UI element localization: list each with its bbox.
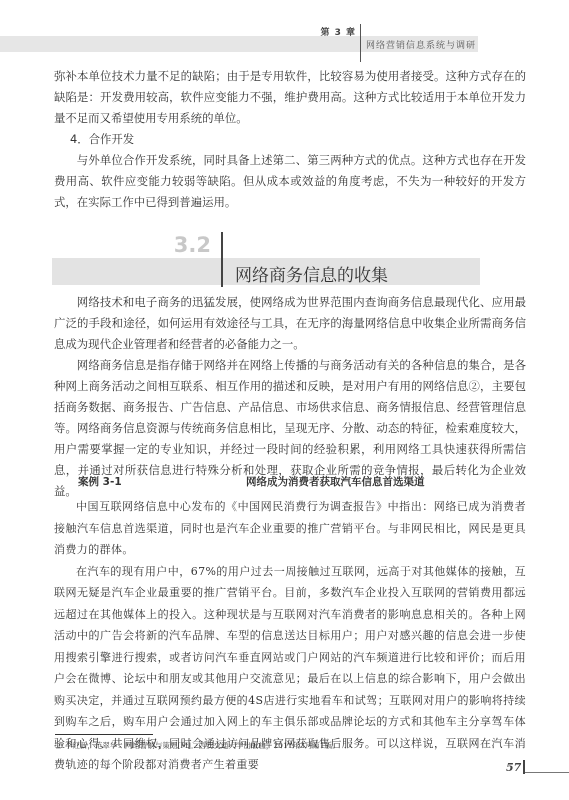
case-header: 案例 3-1 网络成为消费者获取汽车信息首选渠道	[0, 474, 569, 492]
case-label: 案例 3-1	[78, 474, 122, 489]
section-number: 3.2	[174, 233, 211, 257]
footnote-rule	[55, 734, 153, 735]
chapter-header-divider	[360, 24, 361, 62]
subheading-cooperative-development: 4．合作开发	[54, 129, 526, 150]
top-text-block: 弥补本单位技术力量不足的缺陷；由于是专用软件，比较容易为使用者接受。这种方式存在…	[54, 66, 526, 213]
paragraph: 中国互联网络信息中心发布的《中国网民消费行为调查报告》中指出：网络已成为消费者接…	[54, 496, 526, 561]
section-text-block: 网络技术和电子商务的迅猛发展，使网络成为世界范围内查询商务信息最现代化、应用最广…	[54, 292, 526, 502]
paragraph: 与外单位合作开发系统，同时具备上述第二、第三两种方式的优点。这种方式也存在开发费…	[54, 150, 526, 213]
chapter-title: 网络营销信息系统与调研	[366, 38, 476, 51]
paragraph: 弥补本单位技术力量不足的缺陷；由于是专用软件，比较容易为使用者接受。这种方式存在…	[54, 66, 526, 129]
case-title: 网络成为消费者获取汽车信息首选渠道	[246, 474, 425, 489]
chapter-number: 第 3 章	[320, 25, 356, 38]
footnote: ② 李红新，范翠华：网络营销与策划[M]．西安交通大学出版社，2011年3月第1…	[55, 740, 340, 751]
page-number-rule	[525, 772, 569, 773]
section-header-divider	[221, 232, 223, 287]
section-title: 网络商务信息的收集	[235, 261, 388, 286]
paragraph: 网络技术和电子商务的迅猛发展，使网络成为世界范围内查询商务信息最现代化、应用最广…	[54, 292, 526, 355]
page-number: 57	[506, 761, 521, 774]
